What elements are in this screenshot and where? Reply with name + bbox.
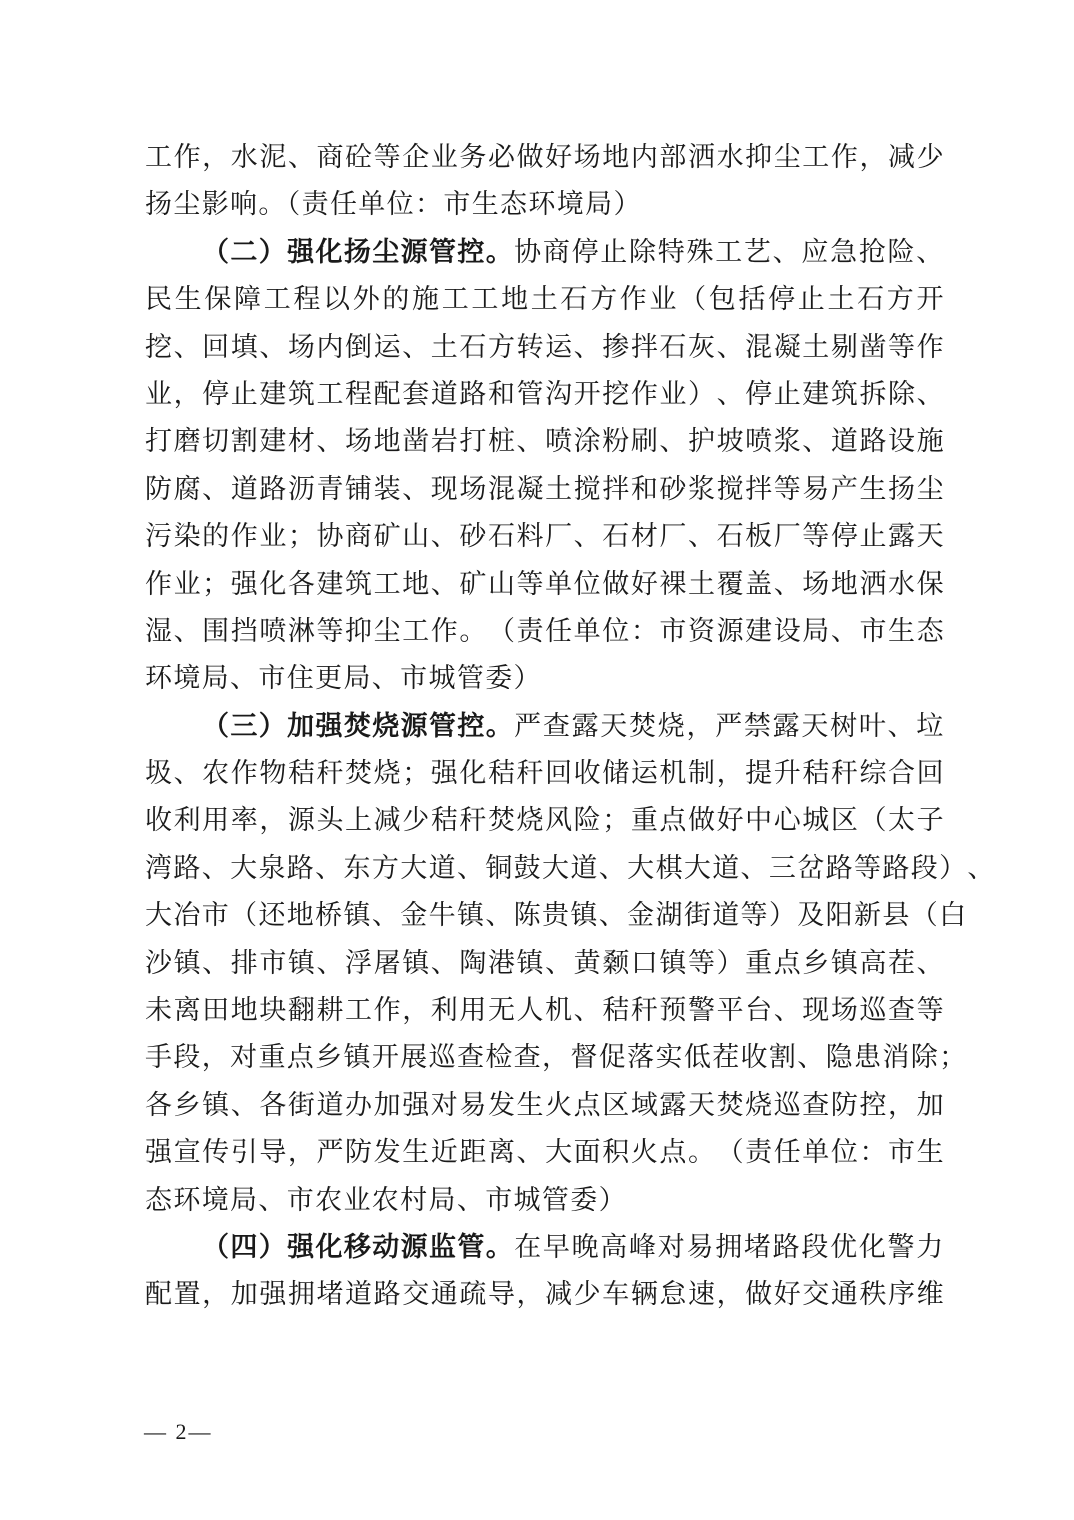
section-heading-line: （三）加强焚烧源管控。严查露天焚烧，严禁露天树叶、垃 bbox=[145, 703, 945, 750]
document-body: 工作，水泥、商砼等企业务必做好场地内部洒水抑尘工作，减少 扬尘影响。（责任单位：… bbox=[145, 134, 945, 1319]
section-heading: （四）强化移动源监管。 bbox=[202, 1224, 514, 1271]
text-line: 作业；强化各建筑工地、矿山等单位做好裸土覆盖、场地洒水保 bbox=[145, 561, 945, 608]
text-line: 大冶市（还地桥镇、金牛镇、陈贵镇、金湖街道等）及阳新县（白 bbox=[145, 892, 945, 939]
page-number: — 2— bbox=[144, 1419, 213, 1445]
text-line: 挖、回填、场内倒运、土石方转运、掺拌石灰、混凝土剔凿等作 bbox=[145, 324, 945, 371]
text-line: 防腐、道路沥青铺装、现场混凝土搅拌和砂浆搅拌等易产生扬尘 bbox=[145, 466, 945, 513]
text-line: 未离田地块翻耕工作，利用无人机、秸秆预警平台、现场巡查等 bbox=[145, 987, 945, 1034]
text-line: 环境局、市住更局、市城管委） bbox=[145, 655, 945, 702]
text-line: 手段，对重点乡镇开展巡查检查，督促落实低茬收割、隐患消除； bbox=[145, 1034, 945, 1081]
text-line: 态环境局、市农业农村局、市城管委） bbox=[145, 1177, 945, 1224]
text-segment: 在早晚高峰对易拥堵路段优化警力 bbox=[514, 1224, 945, 1271]
section-heading: （二）强化扬尘源管控。 bbox=[202, 229, 514, 276]
text-line: 湿、围挡喷淋等抑尘工作。（责任单位：市资源建设局、市生态 bbox=[145, 608, 945, 655]
text-line: 配置，加强拥堵道路交通疏导，减少车辆怠速，做好交通秩序维 bbox=[145, 1271, 945, 1318]
text-line: 打磨切割建材、场地凿岩打桩、喷涂粉刷、护坡喷浆、道路设施 bbox=[145, 418, 945, 465]
text-line: 民生保障工程以外的施工工地土石方作业（包括停止土石方开 bbox=[145, 276, 945, 323]
section-heading: （三）加强焚烧源管控。 bbox=[202, 703, 514, 750]
section-heading-line: （二）强化扬尘源管控。协商停止除特殊工艺、应急抢险、 bbox=[145, 229, 945, 276]
text-line: 污染的作业；协商矿山、砂石料厂、石材厂、石板厂等停止露天 bbox=[145, 513, 945, 560]
text-line: 强宣传引导，严防发生近距离、大面积火点。（责任单位：市生 bbox=[145, 1129, 945, 1176]
text-line: 工作，水泥、商砼等企业务必做好场地内部洒水抑尘工作，减少 bbox=[145, 134, 945, 181]
text-line: 沙镇、排市镇、浮屠镇、陶港镇、黄颡口镇等）重点乡镇高茬、 bbox=[145, 940, 945, 987]
section-heading-line: （四）强化移动源监管。在早晚高峰对易拥堵路段优化警力 bbox=[145, 1224, 945, 1271]
text-line: 湾路、大泉路、东方大道、铜鼓大道、大棋大道、三岔路等路段）、 bbox=[145, 845, 945, 892]
document-page: 工作，水泥、商砼等企业务必做好场地内部洒水抑尘工作，减少 扬尘影响。（责任单位：… bbox=[0, 0, 1074, 1520]
text-line: 扬尘影响。（责任单位：市生态环境局） bbox=[145, 181, 945, 228]
text-line: 各乡镇、各街道办加强对易发生火点区域露天焚烧巡查防控，加 bbox=[145, 1082, 945, 1129]
text-line: 圾、农作物秸秆焚烧；强化秸秆回收储运机制，提升秸秆综合回 bbox=[145, 750, 945, 797]
text-segment: 严查露天焚烧，严禁露天树叶、垃 bbox=[514, 703, 945, 750]
text-line: 业，停止建筑工程配套道路和管沟开挖作业）、停止建筑拆除、 bbox=[145, 371, 945, 418]
text-line: 收利用率，源头上减少秸秆焚烧风险；重点做好中心城区（太子 bbox=[145, 797, 945, 844]
text-segment: 协商停止除特殊工艺、应急抢险、 bbox=[514, 229, 945, 276]
